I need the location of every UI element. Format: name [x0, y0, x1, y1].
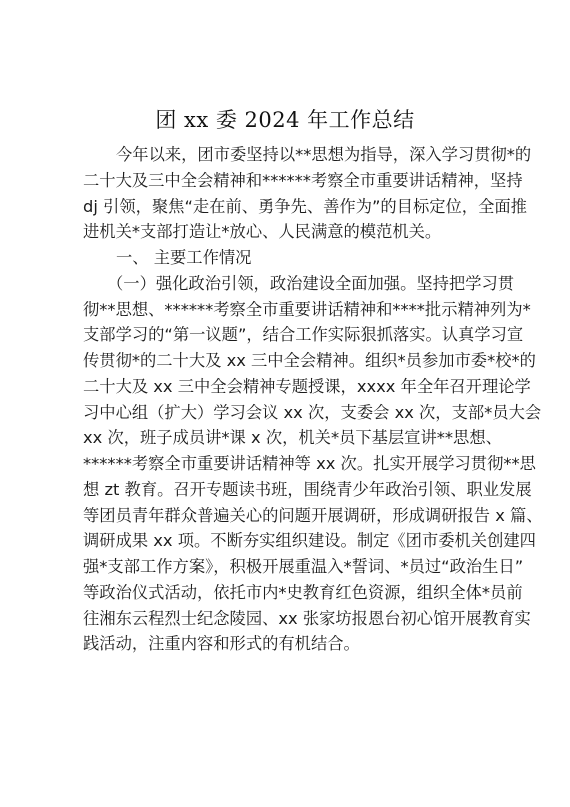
paragraph-line: 进机关*支部打造让*放心、人民满意的模范机关。 — [83, 219, 487, 245]
document-body: 今年以来，团市委坚持以**思想为指导，深入学习贯彻*的 二十大及三中全会精神和*… — [83, 142, 487, 657]
paragraph-line: dj 引领，聚焦“走在前、勇争先、善作为”的目标定位，全面推 — [83, 194, 487, 220]
paragraph-line: 支部学习的“第一议题”，结合工作实际狠抓落实。认真学习宣 — [83, 322, 487, 348]
document-page: 团 xx 委 2024 年工作总结 今年以来，团市委坚持以**思想为指导，深入学… — [0, 0, 570, 807]
section-1-paragraph: （一）强化政治引领，政治建设全面加强。坚持把学习贯 彻**思想、******考察… — [83, 271, 487, 657]
paragraph-line: 二十大及三中全会精神和******考察全市重要讲话精神，坚持 — [83, 168, 487, 194]
document-title: 团 xx 委 2024 年工作总结 — [0, 106, 570, 134]
paragraph-line: 习中心组（扩大）学习会议 xx 次，支委会 xx 次，支部*员大会 — [83, 400, 487, 426]
paragraph-line: （一）强化政治引领，政治建设全面加强。坚持把学习贯 — [83, 271, 487, 297]
paragraph-line: 想 zt 教育。召开专题读书班，围绕青少年政治引领、职业发展 — [83, 477, 487, 503]
paragraph-line: ******考察全市重要讲话精神等 xx 次。扎实开展学习贯彻**思 — [83, 451, 487, 477]
paragraph-line: 强*支部工作方案》，积极开展重温入*誓词、*员过“政治生日” — [83, 554, 487, 580]
paragraph-line: 调研成果 xx 项。不断夯实组织建设。制定《团市委机关创建四 — [83, 528, 487, 554]
paragraph-line: 传贯彻*的二十大及 xx 三中全会精神。组织*员参加市委*校*的 — [83, 348, 487, 374]
paragraph-line: 等政治仪式活动，依托市内*史教育红色资源，组织全体*员前 — [83, 580, 487, 606]
paragraph-line: 往湘东云程烈士纪念陵园、xx 张家坊报恩台初心馆开展教育实 — [83, 606, 487, 632]
intro-paragraph: 今年以来，团市委坚持以**思想为指导，深入学习贯彻*的 二十大及三中全会精神和*… — [83, 142, 487, 245]
paragraph-line: 二十大及 xx 三中全会精神专题授课，xxxx 年全年召开理论学 — [83, 374, 487, 400]
section-heading: 一、 主要工作情况 — [83, 245, 487, 271]
paragraph-line: xx 次，班子成员讲*课 x 次，机关*员下基层宣讲**思想、 — [83, 425, 487, 451]
paragraph-line: 等团员青年群众普遍关心的问题开展调研，形成调研报告 x 篇、 — [83, 503, 487, 529]
paragraph-line: 今年以来，团市委坚持以**思想为指导，深入学习贯彻*的 — [83, 142, 487, 168]
paragraph-line: 践活动，注重内容和形式的有机结合。 — [83, 631, 487, 657]
paragraph-line: 彻**思想、******考察全市重要讲话精神和****批示精神列为* — [83, 297, 487, 323]
